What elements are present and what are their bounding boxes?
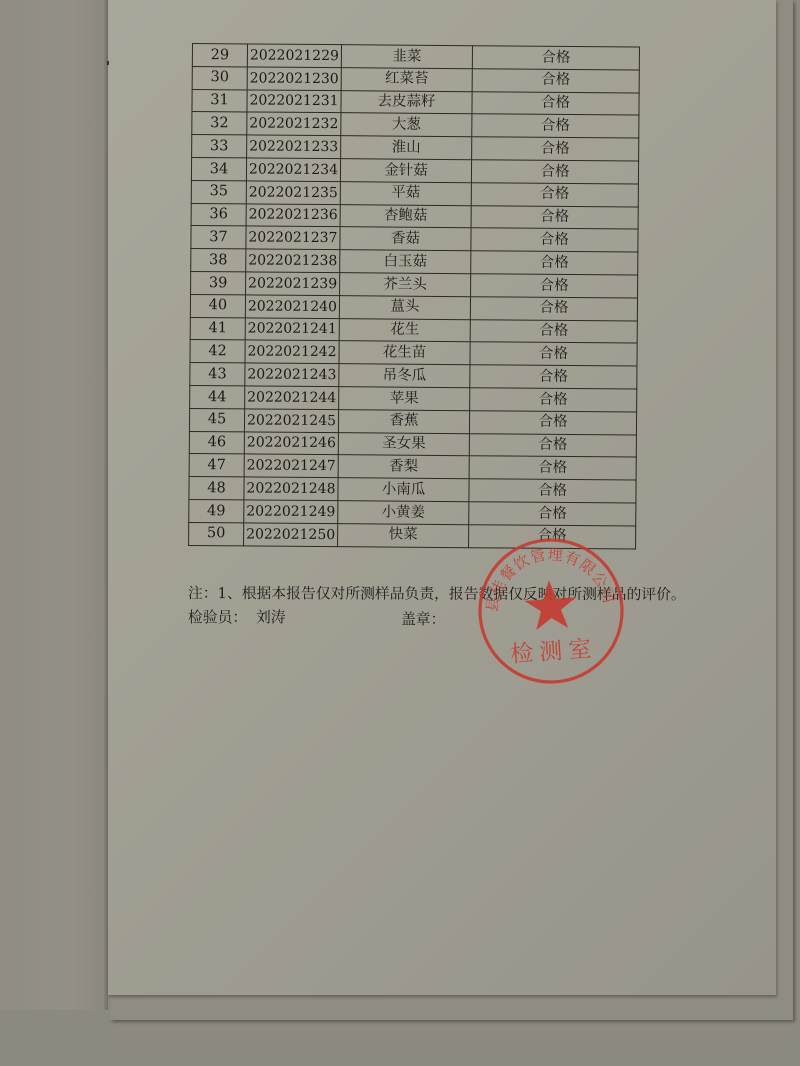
test-result: 合格 [469, 479, 636, 503]
row-number: 29 [192, 44, 247, 67]
test-result: 合格 [469, 456, 636, 480]
results-table-wrapper: 292022021229韭菜合格302022021230红菜苔合格3120220… [188, 43, 636, 549]
row-number: 38 [191, 249, 246, 272]
sample-id: 2022021237 [246, 226, 340, 250]
row-number: 31 [192, 89, 247, 112]
sample-name: 杏鲍菇 [340, 204, 471, 228]
inspector-name: 刘涛 [256, 606, 286, 627]
sample-id: 2022021243 [245, 363, 339, 387]
sample-id: 2022021245 [244, 409, 338, 433]
sample-id: 2022021233 [247, 135, 341, 159]
test-result: 合格 [471, 228, 638, 252]
sample-name: 花生苗 [339, 341, 470, 365]
row-number: 49 [189, 499, 244, 522]
sample-id: 2022021240 [245, 295, 339, 319]
row-number: 40 [190, 294, 245, 317]
stamp-center-text: 检测室 [510, 636, 599, 668]
sample-name: 芥兰头 [340, 273, 471, 297]
sample-id: 2022021250 [244, 523, 338, 547]
row-number: 48 [189, 477, 244, 500]
test-result: 合格 [469, 502, 636, 526]
row-number: 39 [191, 271, 246, 294]
sample-name: 白玉菇 [340, 250, 471, 274]
test-result: 合格 [472, 68, 639, 92]
sample-name: 韭菜 [341, 45, 472, 69]
test-result: 合格 [469, 433, 636, 457]
star-icon [523, 578, 578, 631]
sample-id: 2022021247 [244, 454, 338, 478]
row-number: 36 [191, 203, 246, 226]
sample-name: 金针菇 [340, 159, 471, 183]
sample-name: 红菜苔 [341, 67, 472, 91]
underlying-page [0, 0, 112, 1066]
sample-name: 去皮蒜籽 [341, 90, 472, 114]
test-result: 合格 [470, 319, 637, 343]
sample-id: 2022021248 [244, 477, 338, 501]
sample-id: 2022021231 [247, 90, 341, 114]
sample-id: 2022021230 [247, 67, 341, 91]
sample-id: 2022021244 [245, 386, 339, 410]
sample-name: 蒀头 [339, 295, 470, 319]
test-result: 合格 [471, 274, 638, 298]
test-result: 合格 [471, 182, 638, 206]
sample-id: 2022021239 [246, 272, 340, 296]
test-result: 合格 [470, 342, 637, 366]
row-number: 44 [190, 385, 245, 408]
sample-name: 香菇 [340, 227, 471, 251]
results-table: 292022021229韭菜合格302022021230红菜苔合格3120220… [188, 43, 640, 549]
row-number: 41 [190, 317, 245, 340]
row-number: 35 [191, 180, 246, 203]
test-result: 合格 [472, 91, 639, 115]
row-number: 34 [191, 157, 246, 180]
sample-id: 2022021249 [244, 500, 338, 524]
test-result: 合格 [470, 365, 637, 389]
row-number: 45 [189, 408, 244, 431]
test-result: 合格 [471, 251, 638, 275]
seal-label: 盖章： [401, 608, 445, 629]
sample-name: 小黄姜 [338, 501, 469, 525]
row-number: 47 [189, 454, 244, 477]
row-number: 32 [192, 112, 247, 135]
sample-name: 大葱 [341, 113, 472, 137]
test-result: 合格 [472, 46, 639, 70]
row-number: 43 [190, 363, 245, 386]
inspector-label: 检验员： [188, 606, 247, 627]
row-number: 37 [191, 226, 246, 249]
row-number: 33 [192, 135, 247, 158]
test-result: 合格 [470, 296, 637, 320]
official-seal-stamp: 县佳餐饮管理有限公司 检测室 [471, 531, 631, 691]
sample-name: 苹果 [339, 387, 470, 411]
sample-name: 小南瓜 [338, 478, 469, 502]
sample-id: 2022021229 [247, 44, 341, 68]
sample-id: 2022021242 [245, 340, 339, 364]
row-number: 50 [189, 522, 244, 545]
sample-id: 2022021232 [247, 112, 341, 136]
sample-name: 快菜 [338, 523, 469, 547]
row-number: 30 [192, 66, 247, 89]
test-result: 合格 [469, 410, 636, 434]
sample-id: 2022021236 [246, 204, 340, 228]
test-result: 合格 [470, 388, 637, 412]
test-result: 合格 [471, 205, 638, 229]
binder-mark [107, 61, 109, 65]
test-result: 合格 [472, 114, 639, 138]
row-number: 42 [190, 340, 245, 363]
sample-id: 2022021234 [246, 158, 340, 182]
test-result: 合格 [472, 137, 639, 161]
sample-name: 圣女果 [338, 432, 469, 456]
sample-name: 吊冬瓜 [339, 364, 470, 388]
sample-id: 2022021238 [246, 249, 340, 273]
sample-id: 2022021246 [244, 431, 338, 455]
sample-name: 香蕉 [338, 409, 469, 433]
sample-name: 平菇 [340, 181, 471, 205]
sample-name: 淮山 [341, 136, 472, 160]
sample-name: 香梨 [338, 455, 469, 479]
sample-name: 花生 [339, 318, 470, 342]
sample-id: 2022021235 [246, 181, 340, 205]
row-number: 46 [189, 431, 244, 454]
test-result: 合格 [471, 160, 638, 184]
sample-id: 2022021241 [245, 317, 339, 341]
